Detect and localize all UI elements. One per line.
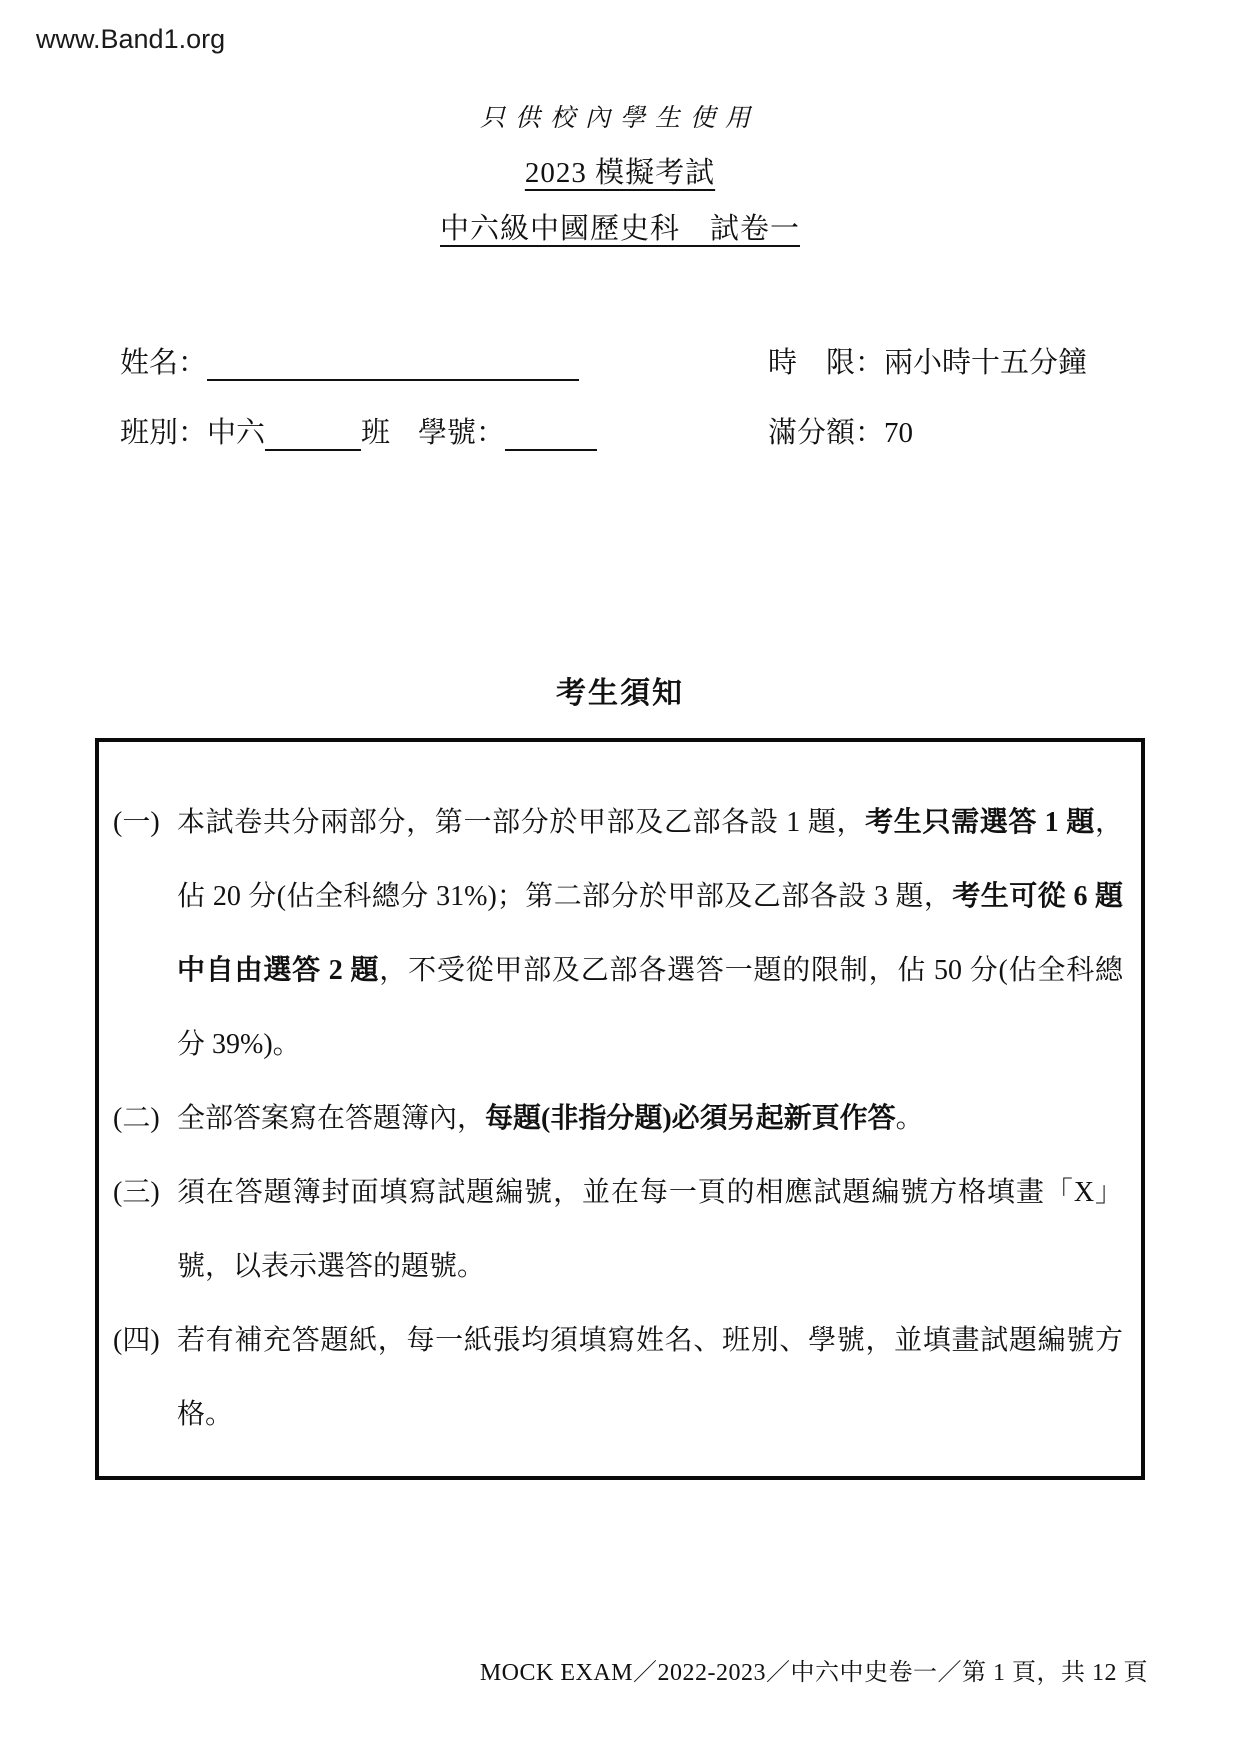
paper-title: 中六級中國歷史科 試卷一	[0, 206, 1240, 247]
name-label: 姓名：	[120, 347, 207, 379]
instruction-item-2: (二) 全部答案寫在答題簿內，每題(非指分題)必須另起新頁作答。	[113, 1082, 1123, 1156]
exam-paper-page: www.Band1.org 只供校內學生使用 2023 模擬考試 中六級中國歷史…	[0, 0, 1240, 1754]
class-student-field: 班別：中六班學號：	[120, 410, 597, 451]
instruction-item-3: (三) 須在答題簿封面填寫試題編號，並在每一頁的相應試題編號方格填畫「X」號，以…	[113, 1156, 1123, 1304]
instruction-text: 全部答案寫在答題簿內，每題(非指分題)必須另起新頁作答。	[177, 1082, 1123, 1156]
instruction-segment: 本試卷共分兩部分，第一部分於甲部及乙部各設 1 題，	[177, 807, 865, 838]
exam-title-text: 2023 模擬考試	[525, 157, 715, 189]
instruction-text: 若有補充答題紙，每一紙張均須填寫姓名、班別、學號，並填畫試題編號方格。	[177, 1304, 1123, 1452]
instruction-item-4: (四) 若有補充答題紙，每一紙張均須填寫姓名、班別、學號，並填畫試題編號方格。	[113, 1304, 1123, 1452]
paper-title-text: 中六級中國歷史科 試卷一	[440, 213, 800, 245]
name-field: 姓名：	[120, 340, 579, 381]
instruction-segment: 須在答題簿封面填寫試題編號，並在每一頁的相應試題編號方格填畫「X」號，以表示選答…	[177, 1177, 1123, 1282]
full-marks: 滿分額：70	[768, 410, 913, 451]
time-limit: 時 限：兩小時十五分鐘	[768, 340, 1087, 381]
instruction-segment-bold: 每題(非指分題)必須另起新頁作答	[485, 1103, 896, 1134]
instruction-text: 須在答題簿封面填寫試題編號，並在每一頁的相應試題編號方格填畫「X」號，以表示選答…	[177, 1156, 1123, 1304]
instruction-number: (四)	[113, 1304, 177, 1378]
instructions-heading: 考生須知	[0, 668, 1240, 712]
instruction-segment-bold: 考生只需選答 1 題	[865, 807, 1095, 838]
usage-notice: 只供校內學生使用	[0, 98, 1240, 134]
class-suffix: 班	[361, 417, 390, 449]
student-no-label: 學號：	[418, 417, 505, 449]
instruction-number: (三)	[113, 1156, 177, 1230]
instruction-segment: 若有補充答題紙，每一紙張均須填寫姓名、班別、學號，並填畫試題編號方格。	[177, 1325, 1123, 1430]
site-watermark: www.Band1.org	[36, 24, 225, 55]
instruction-segment: 全部答案寫在答題簿內，	[177, 1103, 485, 1134]
class-label: 班別：中六	[120, 417, 265, 449]
name-blank-line	[207, 350, 579, 381]
exam-title: 2023 模擬考試	[0, 150, 1240, 191]
student-no-blank-line	[505, 420, 597, 451]
page-footer: MOCK EXAM／2022-2023／中六中史卷一／第 1 頁，共 12 頁	[480, 1652, 1148, 1687]
class-blank-line	[265, 420, 361, 451]
candidate-instructions-box: (一) 本試卷共分兩部分，第一部分於甲部及乙部各設 1 題，考生只需選答 1 題…	[95, 738, 1145, 1480]
instruction-text: 本試卷共分兩部分，第一部分於甲部及乙部各設 1 題，考生只需選答 1 題，佔 2…	[177, 786, 1123, 1082]
instruction-number: (二)	[113, 1082, 177, 1156]
instruction-item-1: (一) 本試卷共分兩部分，第一部分於甲部及乙部各設 1 題，考生只需選答 1 題…	[113, 786, 1123, 1082]
instruction-number: (一)	[113, 786, 177, 860]
instruction-segment: 。	[896, 1103, 924, 1134]
